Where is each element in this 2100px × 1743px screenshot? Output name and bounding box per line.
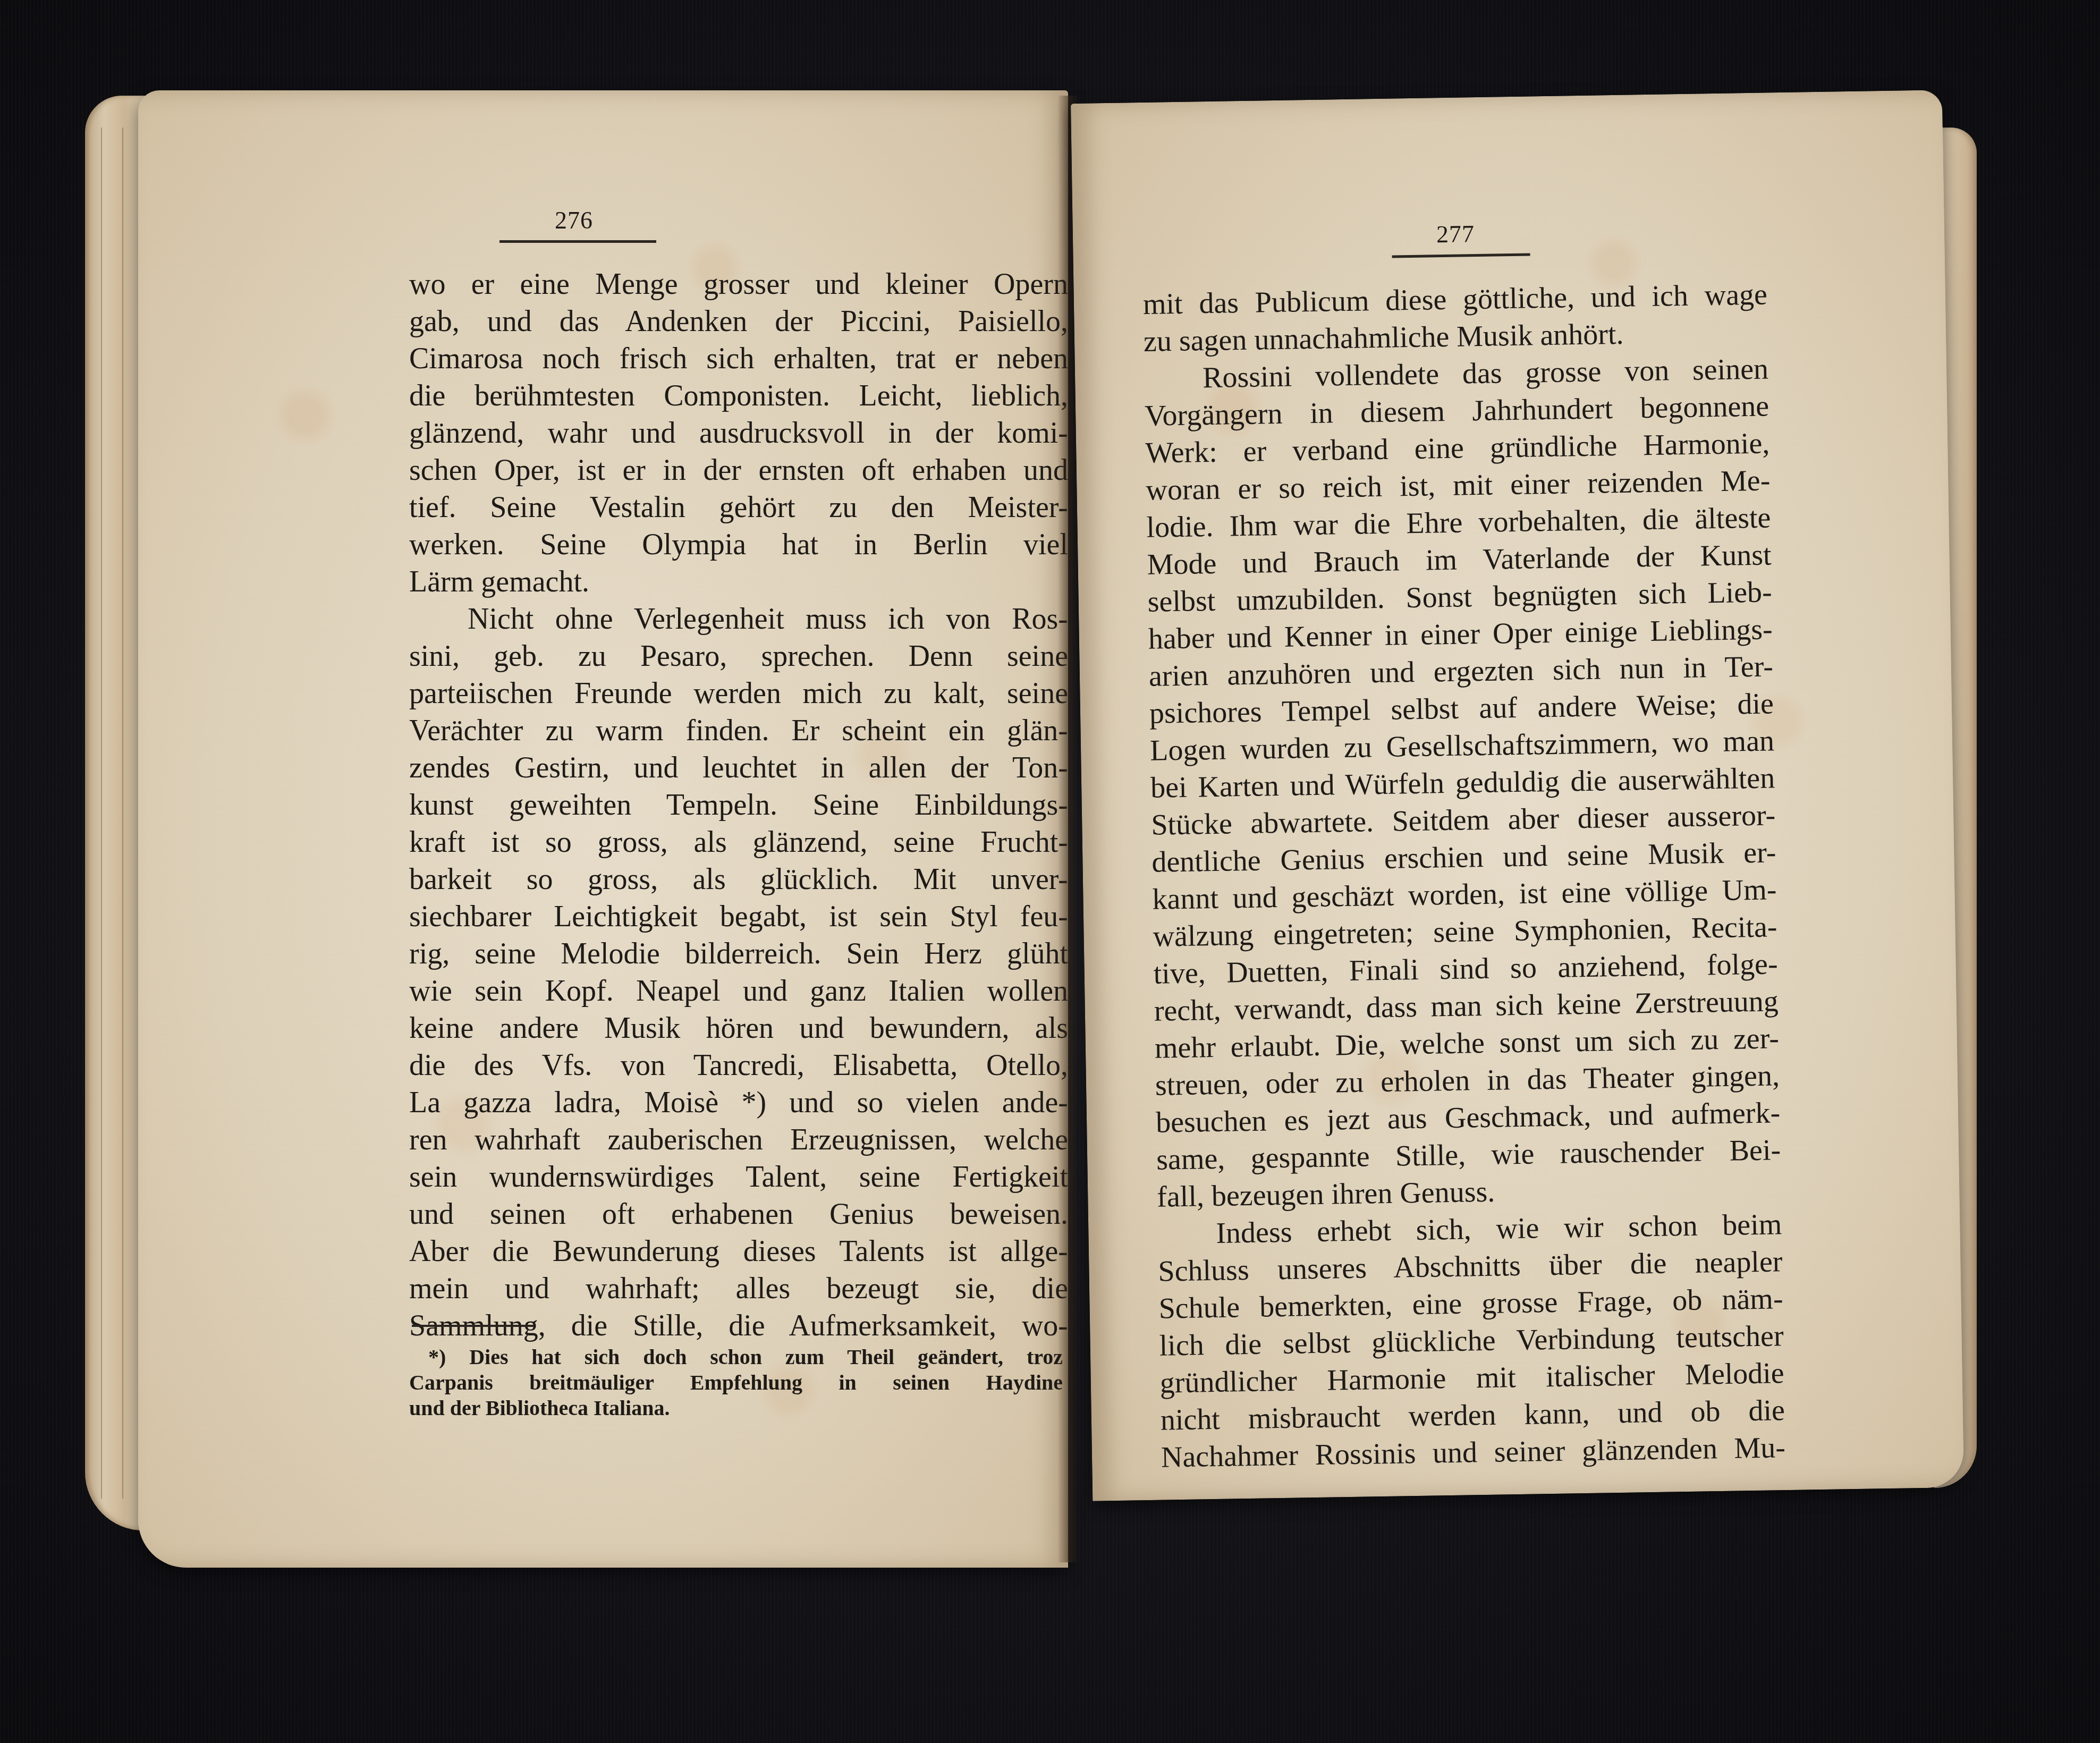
text-line: ren wahrhaft zauberischen Erzeugnissen, … [409, 1121, 1068, 1158]
footnote-line: *) Dies hat sich doch schon zum Theil ge… [409, 1344, 1063, 1370]
text-line: siechbarer Leichtigkeit begabt, ist sein… [409, 898, 1068, 935]
left-page-body: wo er eine Menge grosser und kleiner Ope… [409, 266, 1068, 1344]
text-line: zendes Gestirn, und leuchtet in allen de… [409, 749, 1068, 786]
text-line: glänzend, wahr und ausdrucksvoll in der … [409, 414, 1068, 452]
text-line: werken. Seine Olympia hat in Berlin viel [409, 526, 1068, 563]
text-line: kraft ist so gross, als glänzend, seine … [409, 824, 1068, 861]
text-line: kunst geweihten Tempeln. Seine Einbildun… [409, 786, 1068, 824]
text-line: rig, seine Melodie bilderreich. Sein Her… [409, 935, 1068, 972]
text-line: Verächter zu warm finden. Er scheint ein… [409, 712, 1068, 749]
page-number-left: 276 [521, 206, 627, 234]
text-line: parteiischen Freunde werden mich zu kalt… [409, 675, 1068, 712]
left-page: 276 wo er eine Menge grosser und kleiner… [138, 90, 1068, 1568]
footnote-line: Carpanis breitmäuliger Empfehlung in sei… [409, 1370, 1063, 1395]
text-line: tief. Seine Vestalin gehört zu den Meist… [409, 489, 1068, 526]
text-line: wie sein Kopf. Neapel und ganz Italien w… [409, 972, 1068, 1010]
text-line: sini, geb. zu Pesaro, sprechen. Denn sei… [409, 638, 1068, 675]
footnote-line: und der Bibliotheca Italiana. [409, 1395, 1063, 1421]
text-line: wo er eine Menge grosser und kleiner Ope… [409, 266, 1068, 303]
text-line: sein wundernswürdiges Talent, seine Fert… [409, 1158, 1068, 1196]
text-line: Nicht ohne Verlegenheit muss ich von Ros… [409, 600, 1068, 638]
text-line: mein und wahrhaft; alles bezeugt sie, di… [409, 1270, 1068, 1307]
text-line: und seinen oft erhabenen Genius beweisen… [409, 1196, 1068, 1233]
page-number-rule-right [1392, 253, 1530, 258]
text-line: die berühmtesten Componisten. Leicht, li… [409, 377, 1068, 414]
text-line: Aber die Bewunderung dieses Talents ist … [409, 1233, 1068, 1270]
page-number-right: 277 [1402, 219, 1509, 249]
text-line: Lärm gemacht. [409, 563, 1068, 600]
text-line: La gazza ladra, Moisè *) und so vielen a… [409, 1084, 1068, 1121]
text-line: schen Oper, ist er in der ernsten oft er… [409, 452, 1068, 489]
right-page: 277 mit das Publicum diese göttliche, un… [1071, 90, 1964, 1501]
footnote-rule [412, 1325, 534, 1327]
text-line: gab, und das Andenken der Piccini, Paisi… [409, 303, 1068, 340]
text-line: barkeit so gross, als glücklich. Mit unv… [409, 861, 1068, 898]
right-page-body: mit das Publicum diese göttliche, und ic… [1142, 276, 1785, 1476]
photo-scene: 276 wo er eine Menge grosser und kleiner… [0, 0, 2100, 1743]
footnote: *) Dies hat sich doch schon zum Theil ge… [409, 1344, 1063, 1421]
page-number-rule-left [499, 240, 656, 243]
text-line: Cimarosa noch frisch sich erhalten, trat… [409, 340, 1068, 377]
text-line: die des Vfs. von Tancredi, Elisabetta, O… [409, 1047, 1068, 1084]
text-line: keine andere Musik hören und bewundern, … [409, 1010, 1068, 1047]
